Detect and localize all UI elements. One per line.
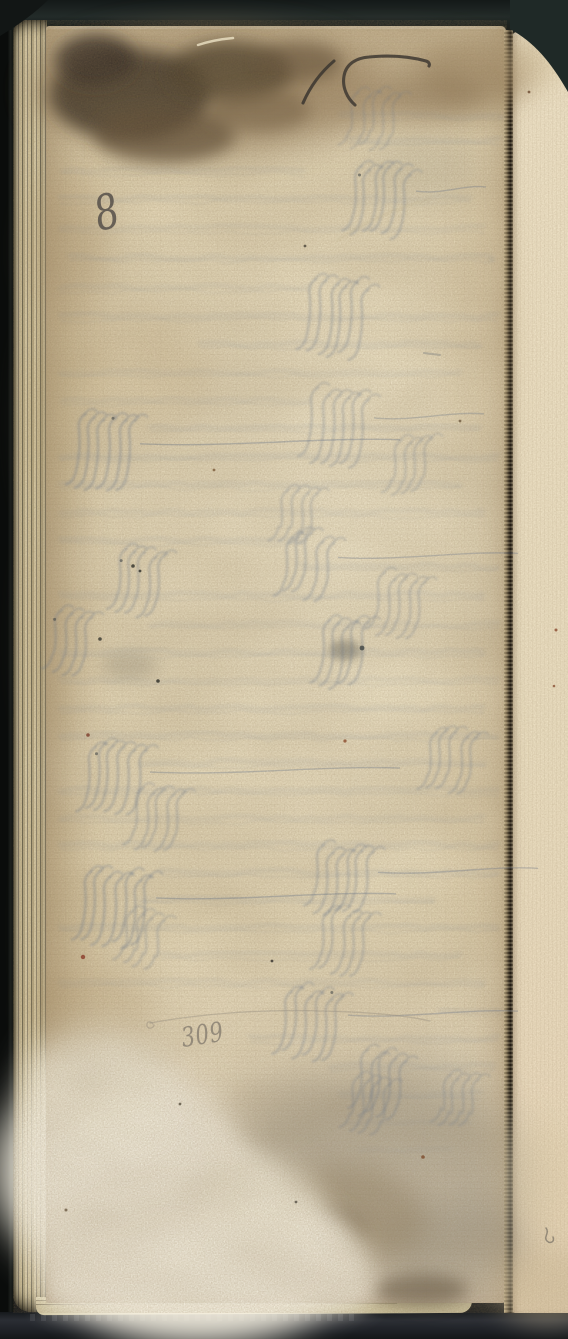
foxing-speck — [459, 420, 462, 423]
foxing-speck — [81, 955, 85, 959]
foxing-speck — [271, 960, 274, 963]
foxing-speck — [553, 685, 556, 688]
foxing-speck — [156, 679, 160, 683]
page-artwork-overlay: 8 309 — [0, 0, 568, 1339]
ink-speck — [95, 752, 98, 755]
foxing-speck — [360, 646, 365, 651]
ink-speck — [120, 559, 123, 562]
foxing-speck — [304, 245, 307, 248]
ink-speck — [358, 174, 361, 177]
ink-speck — [53, 618, 56, 621]
pencil-folio-number: 309 — [179, 1016, 226, 1053]
ink-speck — [111, 417, 114, 420]
foxing-speck — [98, 637, 102, 641]
foxing-speck — [86, 733, 90, 737]
foxing-speck — [555, 629, 558, 632]
foxing-speck — [65, 1209, 68, 1212]
manuscript-scan: 8 309 — [0, 0, 568, 1339]
foxing-speck — [295, 1201, 298, 1204]
paper-grain-texture — [13, 20, 507, 1313]
foxing-speck — [421, 1155, 425, 1159]
ink-speck — [330, 991, 333, 994]
foxing-speck — [528, 91, 531, 94]
foxing-speck — [131, 564, 135, 568]
next-page-grain-texture — [512, 32, 568, 1313]
foxing-speck — [139, 570, 142, 573]
foxing-speck — [179, 1103, 182, 1106]
foxing-speck — [343, 739, 346, 742]
foxing-speck — [213, 469, 216, 472]
